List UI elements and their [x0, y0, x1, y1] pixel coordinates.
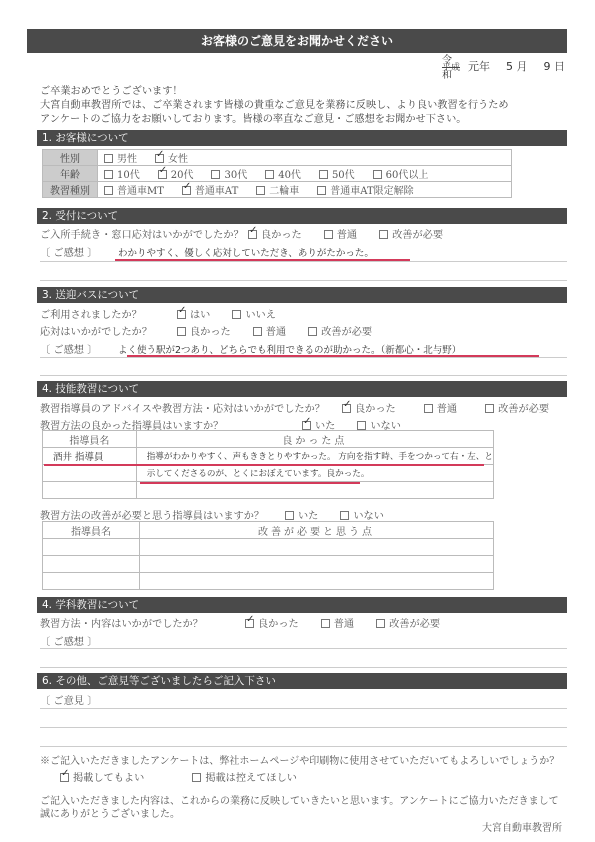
option-いいえ[interactable]: いいえ	[232, 306, 276, 321]
checkbox-icon[interactable]	[485, 404, 494, 413]
checkbox-icon[interactable]	[256, 186, 265, 195]
day-unit: 日	[554, 60, 565, 73]
option-label: 50代	[332, 170, 355, 181]
gender-label: 性別	[43, 150, 98, 166]
empty-cell[interactable]	[140, 573, 494, 590]
checkbox-icon[interactable]	[321, 619, 330, 628]
section-header-bus: 3. 送迎バスについて	[37, 287, 567, 303]
checkbox-icon[interactable]	[232, 310, 241, 319]
option-label: はい	[190, 310, 210, 321]
instructor-name-header: 指導員名	[43, 431, 137, 448]
checkbox-icon[interactable]	[376, 619, 385, 628]
month-unit: 月	[517, 60, 528, 73]
option-30代[interactable]: 30代	[211, 166, 247, 181]
option-女性[interactable]: 女性	[155, 150, 188, 165]
checkbox-checked-icon[interactable]	[182, 186, 191, 195]
classroom-question-row: 教習方法・内容はいかがでしたか？ 良かった普通改善が必要	[40, 615, 440, 630]
section-header-customer: 1. お客様について	[37, 130, 567, 146]
comment-label: 〔 ご感想 〕	[40, 244, 110, 259]
improve-points-header: 改善が必要と思う点	[140, 522, 494, 539]
option-いた[interactable]: いた	[285, 507, 318, 522]
closing-line: 誠にありがとうございました。	[40, 808, 559, 821]
day-value: 9	[544, 60, 551, 73]
checkbox-icon[interactable]	[373, 170, 382, 179]
option-label: 40代	[278, 170, 301, 181]
write-line[interactable]	[40, 708, 567, 709]
option-label: 改善が必要	[321, 327, 372, 338]
write-line[interactable]	[40, 667, 567, 668]
era-printed: 平成	[442, 63, 460, 73]
comment-label: 〔 ご感想 〕	[40, 633, 97, 648]
option-label: 良かった	[258, 619, 299, 630]
option-label: 10代	[117, 170, 140, 181]
instructor-name[interactable]: 酒井 指導員	[53, 452, 104, 463]
option-label: 普通	[266, 327, 286, 338]
form-title: お客様のご意見をお聞かせください	[27, 29, 567, 53]
other-comment-row: 〔 ご意見 〕	[40, 692, 97, 707]
checkbox-icon[interactable]	[104, 154, 113, 163]
checkbox-icon[interactable]	[285, 511, 294, 520]
write-line	[40, 261, 567, 262]
option-普通車AT[interactable]: 普通車AT	[182, 182, 238, 197]
checkbox-checked-icon[interactable]	[158, 170, 167, 179]
reception-question-row: ご入所手続き・窓口応対はいかがでしたか？ 良かった普通改善が必要	[40, 226, 443, 241]
option-改善が必要[interactable]: 改善が必要	[376, 615, 440, 630]
option-label: 普通	[437, 404, 457, 415]
empty-cell[interactable]	[140, 556, 494, 573]
checkbox-icon[interactable]	[379, 230, 388, 239]
reception-comment[interactable]: わかりやすく、優しく応対していただき、ありがたかった。	[118, 245, 374, 259]
option-label: 60代以上	[386, 170, 429, 181]
option-良かった[interactable]: 良かった	[248, 226, 302, 241]
improve-instructor-question: 教習方法の改善が必要と思う指導員はいますか？	[40, 507, 285, 522]
section-header-driving: 4. 技能教習について	[37, 381, 567, 397]
age-label: 年齢	[43, 166, 98, 182]
checkbox-icon[interactable]	[319, 170, 328, 179]
option-label: 普通	[334, 619, 354, 630]
checkbox-icon[interactable]	[211, 170, 220, 179]
instructor-name-header: 指導員名	[43, 522, 140, 539]
option-label: 男性	[117, 154, 137, 165]
closing-line: ご記入いただきました内容は、これからの業務に反映していきたいと思います。アンケー…	[40, 795, 559, 808]
consent-question: ※ご記入いただきましたアンケートは、弊社ホームページや印刷物に使用させていただい…	[40, 755, 559, 768]
write-line[interactable]	[40, 746, 567, 747]
signature: 大宮自動車教習所	[482, 822, 562, 835]
checkbox-icon[interactable]	[177, 327, 186, 336]
checkbox-icon[interactable]	[104, 170, 113, 179]
checkbox-icon[interactable]	[253, 327, 262, 336]
option-普通[interactable]: 普通	[424, 400, 457, 415]
option-label: 二輪車	[269, 186, 299, 197]
checkbox-checked-icon[interactable]	[245, 619, 254, 628]
checkbox-checked-icon[interactable]	[248, 230, 257, 239]
option-label: 普通	[337, 230, 357, 241]
section-header-other: 6. その他、ご意見等ございましたらご記入下さい	[37, 673, 567, 689]
good-points-line1[interactable]: 指導がわかりやすく、声もききとりやすかった。 方向を指す時、手をつかって右・左、…	[147, 452, 493, 462]
option-40代[interactable]: 40代	[265, 166, 301, 181]
option-label: 女性	[168, 154, 188, 165]
option-二輪車[interactable]: 二輪車	[256, 182, 299, 197]
good-points-header: 良かった点	[136, 431, 493, 448]
customer-info-table: 性別 男性女性 年齢 10代20代30代40代50代60代以上 教習種別 普通車…	[42, 149, 512, 198]
checkbox-icon[interactable]	[324, 230, 333, 239]
month-value: 5	[506, 60, 513, 73]
driving-q1-row: 教習指導員のアドバイスや教習方法・応対はいかがでしたか？ 良かった普通改善が必要	[40, 400, 549, 415]
consent-options-row: 掲載してもよい掲載は控えてほしい	[60, 769, 297, 784]
intro-text: ご卒業おめでとうございます！ 大宮自動車教習所では、ご卒業されます皆様の貴重なご…	[40, 85, 509, 127]
option-良かった[interactable]: 良かった	[342, 400, 396, 415]
option-label: 改善が必要	[498, 404, 549, 415]
bus-comment-row: 〔 ご感想 〕 よく使う駅が2つあり、どちらでも利用できるのが助かった。（新都心…	[40, 341, 461, 356]
option-改善が必要[interactable]: 改善が必要	[308, 323, 372, 338]
reception-question: ご入所手続き・窓口応対はいかがでしたか？	[40, 226, 248, 241]
write-line[interactable]	[40, 648, 567, 649]
option-label: 普通車AT限定解除	[330, 186, 413, 197]
checkbox-icon[interactable]	[317, 186, 326, 195]
option-普通車AT限定解除[interactable]: 普通車AT限定解除	[317, 182, 413, 197]
age-row: 年齢 10代20代30代40代50代60代以上	[43, 166, 512, 182]
option-label: 改善が必要	[389, 619, 440, 630]
reception-comment-row: 〔 ご感想 〕 わかりやすく、優しく応対していただき、ありがたかった。	[40, 244, 374, 259]
course-label: 教習種別	[43, 182, 98, 198]
checkbox-icon[interactable]	[308, 327, 317, 336]
option-label: 掲載してもよい	[73, 773, 144, 784]
checkbox-icon[interactable]	[104, 186, 113, 195]
empty-cell[interactable]	[43, 539, 140, 556]
option-普通[interactable]: 普通	[324, 226, 357, 241]
option-label: 改善が必要	[392, 230, 443, 241]
option-10代[interactable]: 10代	[104, 166, 140, 181]
gender-row: 性別 男性女性	[43, 150, 512, 166]
option-掲載してもよい[interactable]: 掲載してもよい	[60, 769, 144, 784]
instructor-advice-question: 教習指導員のアドバイスや教習方法・応対はいかがでしたか？	[40, 400, 342, 415]
option-20代[interactable]: 20代	[158, 166, 194, 181]
option-label: 普通車MT	[117, 186, 164, 197]
option-良かった[interactable]: 良かった	[245, 615, 299, 630]
option-label: 良かった	[261, 230, 302, 241]
year-unit: 年	[479, 60, 490, 73]
underline	[140, 482, 360, 484]
year-value: 元	[468, 60, 479, 73]
checkbox-checked-icon[interactable]	[155, 154, 164, 163]
classroom-question: 教習方法・内容はいかがでしたか？	[40, 615, 245, 630]
checkbox-icon[interactable]	[192, 773, 201, 782]
closing-text: ご記入いただきました内容は、これからの業務に反映していきたいと思います。アンケー…	[40, 795, 559, 821]
intro-line: ご卒業おめでとうございます！	[40, 85, 509, 99]
checkbox-icon[interactable]	[265, 170, 274, 179]
checkbox-icon[interactable]	[340, 511, 349, 520]
write-line	[40, 357, 567, 358]
intro-line: 大宮自動車教習所では、ご卒業されます皆様の貴重なご意見を業務に反映し、より良い教…	[40, 99, 509, 113]
bus-q1-row: ご利用されましたか？ はいいいえ	[40, 306, 276, 321]
comment-label: 〔 ご意見 〕	[40, 692, 97, 707]
write-line[interactable]	[40, 727, 567, 728]
empty-cell[interactable]	[43, 556, 140, 573]
checkbox-checked-icon[interactable]	[60, 773, 69, 782]
section-header-reception: 2. 受付について	[37, 208, 567, 224]
driving-q3-row: 教習方法の改善が必要と思う指導員はいますか？ いたいない	[40, 507, 384, 522]
improve-instructor-table: 指導員名 改善が必要と思う点	[42, 521, 494, 590]
write-line	[40, 375, 567, 376]
write-line	[40, 280, 567, 281]
option-男性[interactable]: 男性	[104, 150, 137, 165]
option-はい[interactable]: はい	[177, 306, 210, 321]
good-points-line2[interactable]: 示してくださるのが、とくにおぼえています。良かった。	[147, 469, 370, 479]
option-良かった[interactable]: 良かった	[177, 323, 231, 338]
option-50代[interactable]: 50代	[319, 166, 355, 181]
option-いない[interactable]: いない	[340, 507, 384, 522]
checkbox-checked-icon[interactable]	[302, 421, 311, 430]
checkbox-checked-icon[interactable]	[342, 404, 351, 413]
course-row: 教習種別 普通車MT普通車AT二輪車普通車AT限定解除	[43, 182, 512, 198]
option-改善が必要[interactable]: 改善が必要	[485, 400, 549, 415]
underline	[44, 464, 484, 466]
option-label: 良かった	[190, 327, 231, 338]
bus-comment[interactable]: よく使う駅が2つあり、どちらでも利用できるのが助かった。（新都心・北与野）	[118, 342, 461, 356]
option-label: 30代	[224, 170, 247, 181]
option-普通[interactable]: 普通	[253, 323, 286, 338]
option-label: 20代	[171, 170, 194, 181]
option-label: 掲載は控えてほしい	[205, 773, 297, 784]
option-掲載は控えてほしい[interactable]: 掲載は控えてほしい	[192, 769, 297, 784]
checkbox-checked-icon[interactable]	[177, 310, 186, 319]
classroom-comment-row: 〔 ご感想 〕	[40, 633, 97, 648]
option-label: いいえ	[245, 310, 276, 321]
option-改善が必要[interactable]: 改善が必要	[379, 226, 443, 241]
intro-line: アンケートのご協力をお願いしております。皆様の率直なご意見・ご感想をお聞かせ下さ…	[40, 113, 509, 127]
option-label: 良かった	[355, 404, 396, 415]
option-60代以上[interactable]: 60代以上	[373, 166, 429, 181]
checkbox-icon[interactable]	[424, 404, 433, 413]
option-label: 普通車AT	[195, 186, 238, 197]
empty-cell[interactable]	[43, 573, 140, 590]
empty-cell[interactable]	[140, 539, 494, 556]
bus-used-question: ご利用されましたか？	[40, 306, 177, 321]
option-普通[interactable]: 普通	[321, 615, 354, 630]
section-header-classroom: 4. 学科教習について	[37, 597, 567, 613]
option-普通車MT[interactable]: 普通車MT	[104, 182, 164, 197]
bus-service-question: 応対はいかがでしたか？	[40, 323, 177, 338]
date-field: 令和 平成 元年 5 月 9 日	[442, 58, 565, 74]
comment-label: 〔 ご感想 〕	[40, 341, 110, 356]
bus-q2-row: 応対はいかがでしたか？ 良かった普通改善が必要	[40, 323, 372, 338]
checkbox-icon[interactable]	[357, 421, 366, 430]
